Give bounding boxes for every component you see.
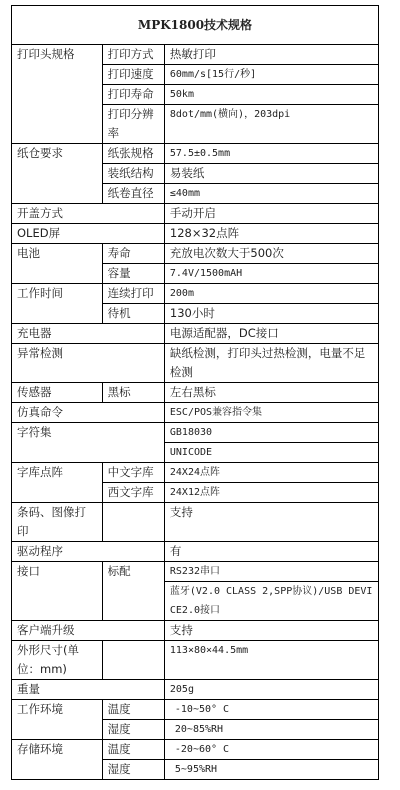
spec-value: 24X24点阵 (164, 463, 378, 483)
spec-value: ≤40mm (164, 184, 378, 204)
table-row: 传感器 黑标 左右黑标 (12, 383, 379, 403)
row-label-driver: 驱动程序 (12, 542, 165, 562)
row-label-work-env: 工作环境 (12, 700, 103, 740)
spec-value: 8dot/mm(横向)，203dpi (164, 105, 378, 144)
spec-value: 充放电次数大于500次 (164, 244, 378, 264)
table-row: 字符集 GB18030 (12, 423, 379, 443)
spec-value: RS232串口 (164, 562, 378, 582)
spec-value: 130小时 (164, 304, 378, 324)
row-label-printhead: 打印头规格 (12, 45, 103, 144)
row-label-worktime: 工作时间 (12, 284, 103, 324)
spec-value: 电源适配器，DC接口 (164, 324, 378, 344)
sub-label: 温度 (102, 700, 164, 720)
row-label-battery: 电池 (12, 244, 103, 284)
row-label-paper: 纸仓要求 (12, 144, 103, 204)
spec-value: 蓝牙(V2.0 CLASS 2,SPP协议)/USB DEVICE2.0接口 (164, 582, 378, 621)
spec-value: GB18030 (164, 423, 378, 443)
spec-table: MPK1800技术规格 打印头规格 打印方式 热敏打印 打印速度 60mm/s[… (11, 5, 379, 780)
spec-value: 左右黑标 (164, 383, 378, 403)
spec-value: 20~85%RH (164, 720, 378, 740)
spec-value: 57.5±0.5mm (164, 144, 378, 164)
sub-label: 打印方式 (102, 45, 164, 65)
sub-label: 标配 (102, 562, 164, 621)
table-row: 电池 寿命 充放电次数大于500次 (12, 244, 379, 264)
row-label-client: 客户端升级 (12, 621, 165, 641)
sub-label: 待机 (102, 304, 164, 324)
row-label-dimensions: 外形尺寸(单位：mm) (12, 641, 103, 680)
table-row: 充电器 电源适配器，DC接口 (12, 324, 379, 344)
sub-label: 打印寿命 (102, 85, 164, 105)
spec-value: 128×32点阵 (164, 224, 378, 244)
table-row: 字库点阵 中文字库 24X24点阵 (12, 463, 379, 483)
spec-value: 7.4V/1500mAH (164, 264, 378, 284)
spec-value: 热敏打印 (164, 45, 378, 65)
spec-value: 支持 (164, 621, 378, 641)
sub-label: 中文字库 (102, 463, 164, 483)
spec-value: 易装纸 (164, 164, 378, 184)
spec-value: 支持 (164, 503, 378, 542)
sub-label: 打印分辨率 (102, 105, 164, 144)
row-label-sensor: 传感器 (12, 383, 103, 403)
spec-value: 5~95%RH (164, 760, 378, 780)
spec-value: 缺纸检测，打印头过热检测，电量不足检测 (164, 344, 378, 383)
sub-label: 黑标 (102, 383, 164, 403)
sub-label: 纸卷直径 (102, 184, 164, 204)
table-row: 纸仓要求 纸张规格 57.5±0.5mm (12, 144, 379, 164)
table-row: 工作环境 温度 -10~50° C (12, 700, 379, 720)
sub-label: 西文字库 (102, 483, 164, 503)
spec-value: 60mm/s[15行/秒] (164, 65, 378, 85)
sub-label: 湿度 (102, 760, 164, 780)
row-label-storage-env: 存储环境 (12, 740, 103, 780)
sub-label: 湿度 (102, 720, 164, 740)
row-label-fontlib: 字库点阵 (12, 463, 103, 503)
sub-label (102, 641, 164, 680)
sub-label: 寿命 (102, 244, 164, 264)
table-row: 打印头规格 打印方式 热敏打印 (12, 45, 379, 65)
spec-value: 200m (164, 284, 378, 304)
table-row: 外形尺寸(单位：mm) 113×80×44.5mm (12, 641, 379, 680)
sub-label: 温度 (102, 740, 164, 760)
spec-value: UNICODE (164, 443, 378, 463)
row-label-charset: 字符集 (12, 423, 165, 463)
table-row: 仿真命令 ESC/POS兼容指令集 (12, 403, 379, 423)
row-label-detection: 异常检测 (12, 344, 165, 383)
spec-value: 205g (164, 680, 378, 700)
spec-value: 手动开启 (164, 204, 378, 224)
sub-label: 打印速度 (102, 65, 164, 85)
table-row: 条码、图像打印 支持 (12, 503, 379, 542)
table-title: MPK1800技术规格 (12, 6, 379, 45)
sub-label (102, 503, 164, 542)
row-label-cover: 开盖方式 (12, 204, 165, 224)
spec-value: ESC/POS兼容指令集 (164, 403, 378, 423)
spec-value: 有 (164, 542, 378, 562)
table-row: 开盖方式 手动开启 (12, 204, 379, 224)
table-row: OLED屏 128×32点阵 (12, 224, 379, 244)
sub-label: 连续打印 (102, 284, 164, 304)
table-row: 接口 标配 RS232串口 (12, 562, 379, 582)
spec-value: -20~60° C (164, 740, 378, 760)
row-label-barcode: 条码、图像打印 (12, 503, 103, 542)
sub-label: 容量 (102, 264, 164, 284)
table-row: 存储环境 温度 -20~60° C (12, 740, 379, 760)
sub-label: 装纸结构 (102, 164, 164, 184)
row-label-weight: 重量 (12, 680, 165, 700)
table-row: 重量 205g (12, 680, 379, 700)
row-label-oled: OLED屏 (12, 224, 165, 244)
table-row: 客户端升级 支持 (12, 621, 379, 641)
table-row: 驱动程序 有 (12, 542, 379, 562)
spec-value: 113×80×44.5mm (164, 641, 378, 680)
table-row: 工作时间 连续打印 200m (12, 284, 379, 304)
row-label-charger: 充电器 (12, 324, 165, 344)
row-label-emulation: 仿真命令 (12, 403, 165, 423)
spec-value: -10~50° C (164, 700, 378, 720)
spec-value: 24X12点阵 (164, 483, 378, 503)
spec-value: 50km (164, 85, 378, 105)
sub-label: 纸张规格 (102, 144, 164, 164)
table-row: 异常检测 缺纸检测，打印头过热检测，电量不足检测 (12, 344, 379, 383)
row-label-interface: 接口 (12, 562, 103, 621)
